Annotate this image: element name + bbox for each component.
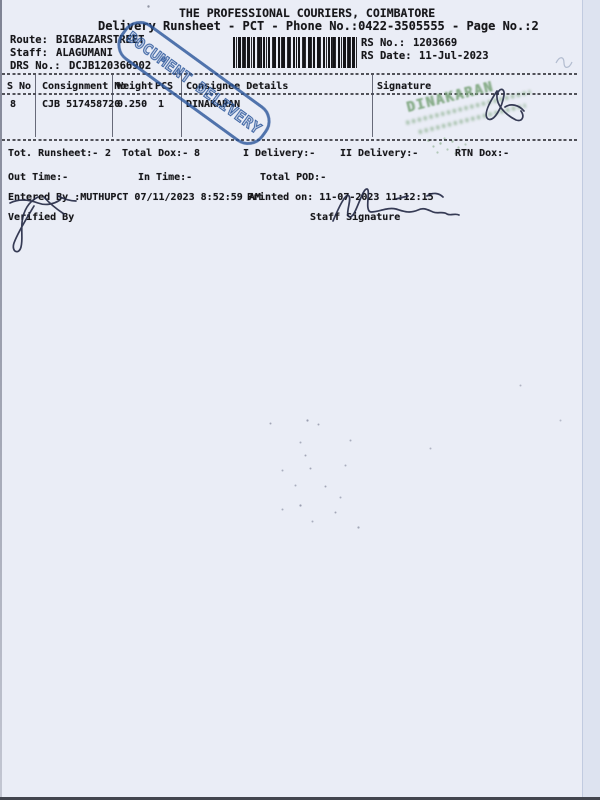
staff-value: ALAGUMANI: [56, 48, 113, 60]
verified-by-signature: [10, 196, 76, 252]
out-time-label: Out Time:-: [8, 172, 68, 183]
scan-edge-left: [0, 0, 2, 800]
total-dox-value: 8: [194, 148, 200, 159]
consignee-rubber-stamp: DINAKARAN: [395, 64, 554, 145]
rtn-dox-label: RTN Dox:-: [455, 148, 509, 159]
scanned-runsheet-page: THE PROFESSIONAL COURIERS, COIMBATORE De…: [0, 0, 600, 800]
pen-scuff-mark: [556, 58, 572, 68]
staff-signature-label: Staff Signature: [310, 212, 400, 223]
handwritten-ink-layer: [0, 0, 600, 800]
table-header-consignment: Consignment No: [42, 81, 126, 92]
total-dox-label: Total Dox:-: [122, 148, 188, 159]
ii-delivery-label: II Delivery:-: [340, 148, 418, 159]
table-column-line-1: [35, 75, 36, 137]
cell-sno: 8: [10, 99, 16, 110]
page-subtitle: Delivery Runsheet - PCT - Phone No.:0422…: [98, 20, 539, 33]
cell-pcs: 1: [158, 99, 164, 110]
rs-date-label: RS Date:: [361, 51, 412, 63]
rs-no-value: 1203669: [413, 38, 457, 50]
table-header-weight: Weight: [117, 81, 153, 92]
entered-by-text: Entered By :MUTHUPCT 07/11/2023 8:52:59 …: [8, 192, 261, 203]
drs-no-label: DRS No.:: [10, 61, 61, 73]
page-title: THE PROFESSIONAL COURIERS, COIMBATORE: [179, 7, 435, 20]
verified-by-label: Verified By: [8, 212, 74, 223]
total-pod-label: Total POD:-: [260, 172, 326, 183]
table-header-sno: S No: [7, 81, 31, 92]
i-delivery-label: I Delivery:-: [243, 148, 315, 159]
rs-date-value: 11-Jul-2023: [419, 51, 489, 63]
cell-consignment-no: CJB 517458720: [42, 99, 120, 110]
cell-weight: 0.250: [117, 99, 147, 110]
table-divider-bottom: [2, 139, 578, 141]
table-divider-top: [2, 73, 578, 75]
route-label: Route:: [10, 35, 48, 47]
barcode: [233, 37, 357, 68]
tot-runsheet-label: Tot. Runsheet:-: [8, 148, 98, 159]
printed-on-text: Printed on: 11-07-2023 11:12:15: [247, 192, 434, 203]
green-ink-speckles: [0, 0, 1, 1]
table-column-line-4: [372, 75, 373, 137]
in-time-label: In Time:-: [138, 172, 192, 183]
scan-edge-right: [582, 0, 600, 800]
table-header-signature: Signature: [377, 81, 431, 92]
staff-label: Staff:: [10, 48, 48, 60]
tot-runsheet-value: 2: [105, 148, 111, 159]
rs-no-label: RS No.:: [361, 38, 405, 50]
